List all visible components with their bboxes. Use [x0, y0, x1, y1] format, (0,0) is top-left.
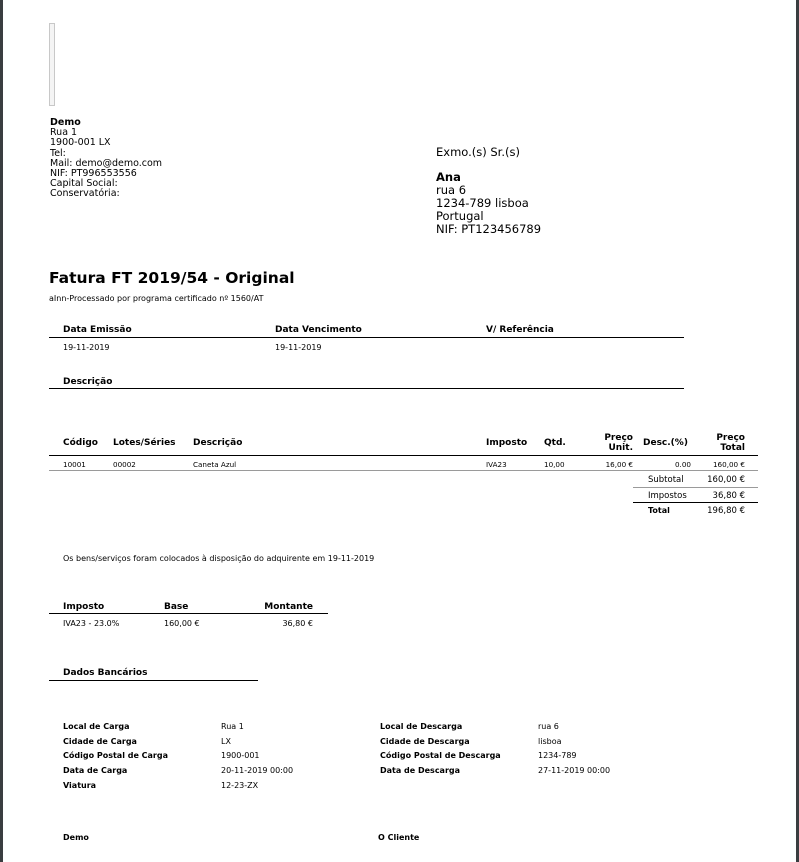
certification-note: aInn-Processado por programa certificado… — [49, 294, 263, 303]
loading-city-value: LX — [221, 737, 231, 746]
unloading-postal-label: Código Postal de Descarga — [380, 751, 501, 760]
tax-summary-row-amount: 36,80 € — [250, 619, 313, 628]
loading-place-label: Local de Carga — [63, 722, 130, 731]
row-total: 160,00 € — [700, 460, 745, 469]
description-divider — [49, 388, 684, 389]
due-date-value: 19-11-2019 — [275, 343, 322, 352]
issue-date-value: 19-11-2019 — [63, 343, 110, 352]
unloading-city-value: lisboa — [538, 737, 562, 746]
row-divider — [49, 470, 758, 471]
row-lots: 00002 — [113, 460, 136, 469]
total-value: 196,80 € — [690, 506, 745, 516]
subtotal-divider — [633, 487, 758, 488]
col-unit-price: Preço Unit. — [590, 433, 633, 453]
tax-summary-col-amount: Montante — [250, 602, 313, 612]
tax-summary-row-tax: IVA23 - 23.0% — [63, 619, 119, 628]
tax-summary-col-tax: Imposto — [63, 602, 104, 612]
subtotal-value: 160,00 € — [690, 475, 745, 485]
col-unit-price-line2: Unit. — [590, 443, 633, 453]
client-signature-label: O Cliente — [378, 833, 419, 842]
tax-summary-row-base: 160,00 € — [164, 619, 200, 628]
row-discount: 0.00 — [650, 460, 691, 469]
availability-note: Os bens/serviços foram colocados à dispo… — [63, 554, 374, 563]
table-header-divider — [49, 455, 758, 456]
tax-summary-divider — [49, 613, 328, 614]
taxes-label: Impostos — [648, 491, 687, 501]
col-qty: Qtd. — [544, 438, 566, 448]
client-info: Exmo.(s) Sr.(s) Ana rua 6 1234-789 lisbo… — [436, 146, 541, 236]
company-info: Demo Rua 1 1900-001 LX Tel: Mail: demo@d… — [50, 118, 162, 200]
issue-date-label: Data Emissão — [63, 325, 132, 335]
loading-postal-value: 1900-001 — [221, 751, 260, 760]
vehicle-label: Viatura — [63, 781, 96, 790]
col-tax: Imposto — [486, 438, 527, 448]
bank-divider — [49, 680, 258, 681]
unloading-place-value: rua 6 — [538, 722, 559, 731]
col-unit-price-line1: Preço — [590, 433, 633, 443]
subtotal-label: Subtotal — [648, 475, 684, 485]
unloading-date-value: 27-11-2019 00:00 — [538, 766, 610, 775]
row-description: Caneta Azul — [193, 460, 236, 469]
description-label: Descrição — [63, 377, 112, 387]
taxes-value: 36,80 € — [690, 491, 745, 501]
loading-postal-label: Código Postal de Carga — [63, 751, 168, 760]
loading-city-label: Cidade de Carga — [63, 737, 137, 746]
client-greeting: Exmo.(s) Sr.(s) — [436, 146, 541, 159]
row-code: 10001 — [63, 460, 86, 469]
row-unit-price: 16,00 € — [583, 460, 633, 469]
bank-details-label: Dados Bancários — [63, 668, 147, 678]
unloading-place-label: Local de Descarga — [380, 722, 462, 731]
viewer-edge-left — [0, 0, 3, 862]
unloading-postal-value: 1234-789 — [538, 751, 577, 760]
company-registry: Conservatória: — [50, 189, 162, 199]
total-label: Total — [648, 506, 670, 515]
due-date-label: Data Vencimento — [275, 325, 362, 335]
loading-date-value: 20-11-2019 00:00 — [221, 766, 293, 775]
document-title: Fatura FT 2019/54 - Original — [49, 269, 295, 287]
col-total-price: Preço Total — [700, 433, 745, 453]
tax-summary-col-base: Base — [164, 602, 188, 612]
col-total-price-line2: Total — [700, 443, 745, 453]
reference-label: V/ Referência — [486, 325, 554, 335]
dates-divider — [49, 337, 684, 338]
col-description: Descrição — [193, 438, 242, 448]
col-total-price-line1: Preço — [700, 433, 745, 443]
unloading-date-label: Data de Descarga — [380, 766, 460, 775]
vehicle-value: 12-23-ZX — [221, 781, 258, 790]
client-nif: NIF: PT123456789 — [436, 223, 541, 236]
col-lots: Lotes/Séries — [113, 438, 176, 448]
issuer-signature-label: Demo — [63, 833, 89, 842]
col-discount: Desc.(%) — [643, 438, 688, 448]
loading-date-label: Data de Carga — [63, 766, 127, 775]
loading-place-value: Rua 1 — [221, 722, 244, 731]
company-postal: 1900-001 LX — [50, 138, 162, 148]
unloading-city-label: Cidade de Descarga — [380, 737, 470, 746]
taxes-divider — [633, 502, 758, 503]
col-code: Código — [63, 438, 98, 448]
row-tax: IVA23 — [486, 460, 507, 469]
row-qty: 10,00 — [544, 460, 565, 469]
company-logo-placeholder — [49, 23, 55, 106]
